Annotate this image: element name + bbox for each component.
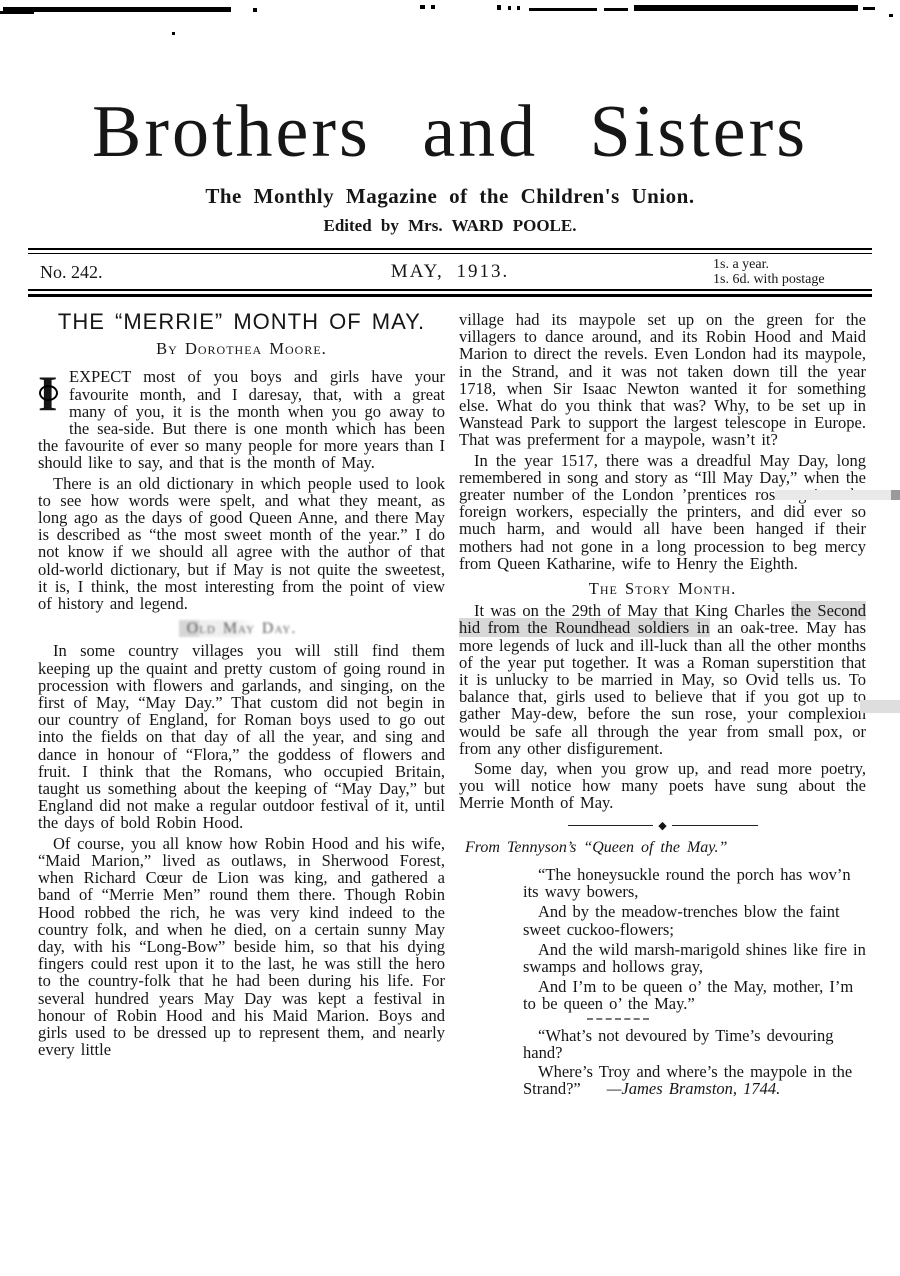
poem-line: “What’s not devoured by Time’s devouring…	[459, 1027, 866, 1061]
magazine-page: Brothers and Sisters The Monthly Magazin…	[0, 0, 900, 1276]
poem-attribution: —James Bramston, 1744.	[607, 1079, 781, 1098]
article-paragraph: Some day, when you grow up, and read mor…	[459, 760, 866, 812]
ornamental-initial: I	[38, 370, 62, 420]
section-heading-story-month: The Story Month.	[459, 580, 866, 597]
article-title: THE “MERRIE” MONTH OF MAY.	[38, 313, 445, 330]
scan-artifact-stripe	[891, 490, 900, 500]
scan-mark	[508, 6, 511, 10]
article-paragraph: In the year 1517, there was a dreadful M…	[459, 452, 866, 572]
poem-source: From Tennyson’s “Queen of the May.”	[459, 839, 866, 856]
scan-mark	[634, 5, 858, 11]
article-paragraph: It was on the 29th of May that King Char…	[459, 602, 866, 757]
poem-line: “The honeysuckle round the porch has wov…	[459, 866, 866, 900]
issue-number: No. 242.	[40, 262, 245, 283]
poem-line: And I’m to be queen o’ the May, mother, …	[459, 978, 866, 1012]
scan-mark	[420, 5, 425, 9]
paragraph-text: It was on the 29th of May that King Char…	[474, 601, 791, 620]
paragraph-text: EXPECT most of you boys and girls have y…	[38, 367, 445, 472]
scan-mark	[431, 5, 435, 9]
poem-line: And the wild marsh-marigold shines like …	[459, 941, 866, 975]
scan-mark	[604, 8, 628, 11]
magazine-subtitle: The Monthly Magazine of the Children's U…	[0, 184, 900, 209]
article-paragraph: Of course, you all know how Robin Hood a…	[38, 835, 445, 1059]
price-per-year: 1s. a year.	[713, 257, 860, 272]
divider-rule-bottom	[28, 289, 872, 297]
poem-stanza: “The honeysuckle round the porch has wov…	[459, 866, 866, 1013]
scan-mark	[172, 32, 175, 35]
issue-info-bar: No. 242. MAY, 1913. 1s. a year. 1s. 6d. …	[0, 254, 900, 289]
poem-line: Where’s Troy and where’s the maypole in …	[459, 1063, 866, 1097]
epigram-stanza: “What’s not devoured by Time’s devouring…	[459, 1027, 866, 1098]
masthead: Brothers and Sisters The Monthly Magazin…	[0, 0, 900, 236]
left-column: THE “MERRIE” MONTH OF MAY. By Dorothea M…	[38, 311, 445, 1099]
scan-mark	[517, 6, 520, 10]
article-paragraph: In some country villages you will still …	[38, 642, 445, 831]
faded-heading-text: Old May Day.	[179, 620, 305, 637]
scan-mark	[3, 7, 231, 12]
paragraph-text: an oak-tree. May has more legends of luc…	[459, 618, 866, 757]
divider-line	[568, 825, 654, 826]
diamond-icon: ◆	[653, 821, 671, 831]
scan-mark	[889, 14, 893, 17]
scan-mark	[863, 7, 875, 10]
editor-line: Edited by Mrs. WARD POOLE.	[0, 216, 900, 236]
issue-price: 1s. a year. 1s. 6d. with postage	[655, 257, 860, 287]
article-paragraph: There is an old dictionary in which peop…	[38, 475, 445, 613]
magazine-title: Brothers and Sisters	[0, 92, 900, 172]
article-byline: By Dorothea Moore.	[38, 340, 445, 357]
issue-date: MAY, 1913.	[245, 261, 655, 283]
small-divider	[587, 1018, 649, 1020]
price-with-postage: 1s. 6d. with postage	[713, 272, 860, 287]
article-paragraph: I EXPECT most of you boys and girls have…	[38, 368, 445, 471]
faded-section-heading: Old May Day.	[38, 619, 445, 637]
scan-mark	[497, 5, 501, 10]
scan-mark	[0, 11, 34, 14]
scan-artifact-stripe	[775, 490, 900, 500]
article-paragraph: village had its maypole set up on the gr…	[459, 311, 866, 449]
divider-line	[672, 825, 758, 826]
scan-mark	[253, 8, 257, 12]
section-divider: ◆	[568, 821, 758, 831]
poem-line: And by the meadow-trenches blow the fain…	[459, 903, 866, 937]
article-body: THE “MERRIE” MONTH OF MAY. By Dorothea M…	[0, 297, 900, 1099]
right-column: village had its maypole set up on the gr…	[459, 311, 866, 1099]
scan-artifact-stripe	[860, 700, 900, 713]
scan-mark	[529, 8, 597, 11]
